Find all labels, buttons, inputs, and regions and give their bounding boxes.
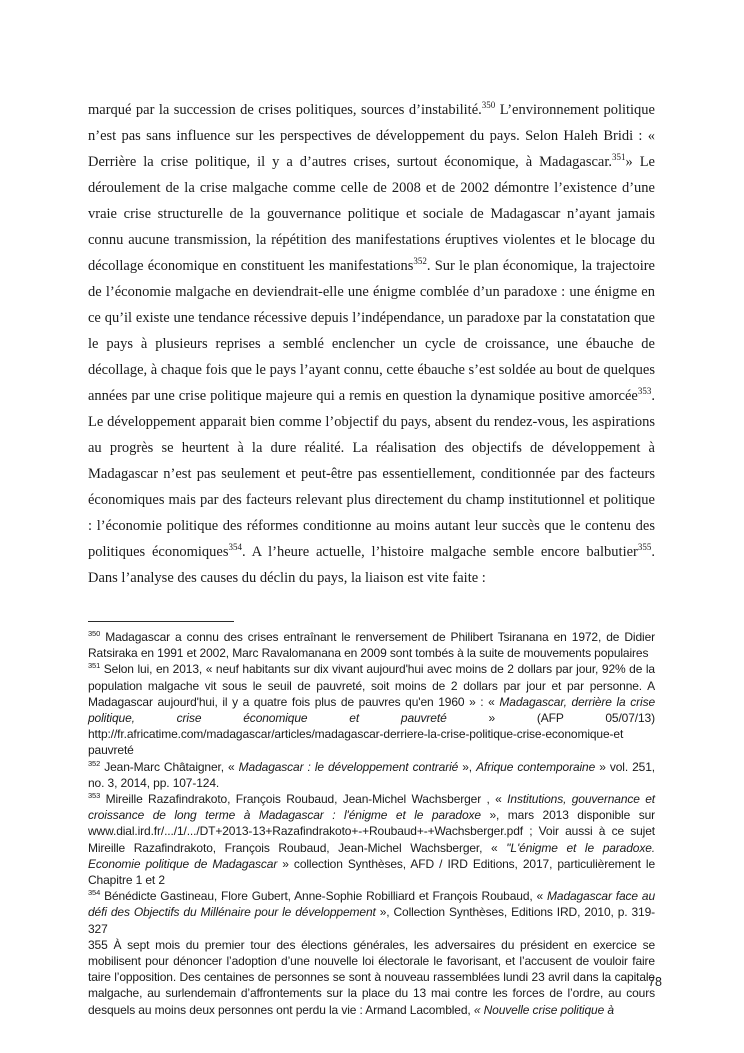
superscript-ref: 355 xyxy=(638,542,652,552)
footnote-separator xyxy=(88,621,234,622)
superscript-ref: 352 xyxy=(413,256,427,266)
superscript-ref: 350 xyxy=(88,629,100,638)
text-run: Jean-Marc Châtaigner, « xyxy=(100,760,239,774)
footnote-353: 353 Mireille Razafindrakoto, François Ro… xyxy=(88,791,655,888)
text-run-italic: « Nouvelle crise politique à xyxy=(474,1003,614,1017)
superscript-ref: 352 xyxy=(88,759,100,768)
superscript-ref: 354 xyxy=(229,542,243,552)
footnote-351: 351 Selon lui, en 2013, « neuf habitants… xyxy=(88,661,655,758)
document-page: marqué par la succession de crises polit… xyxy=(0,0,744,1053)
superscript-ref: 351 xyxy=(612,152,626,162)
body-paragraph: marqué par la succession de crises polit… xyxy=(88,97,655,591)
superscript-ref: 350 xyxy=(482,100,496,110)
text-run: . Sur le plan économique, la trajectoire… xyxy=(88,258,655,404)
superscript-ref: 353 xyxy=(88,791,100,800)
footnotes-section: 350 Madagascar a connu des crises entraî… xyxy=(88,629,655,1018)
superscript-ref: 353 xyxy=(638,386,652,396)
footnote-350: 350 Madagascar a connu des crises entraî… xyxy=(88,629,655,661)
text-run: Bénédicte Gastineau, Flore Gubert, Anne-… xyxy=(100,889,547,903)
text-run: marqué par la succession de crises polit… xyxy=(88,102,482,118)
text-run: » Le déroulement de la crise malgache co… xyxy=(88,154,655,274)
footnote-354: 354 Bénédicte Gastineau, Flore Gubert, A… xyxy=(88,888,655,937)
footnote-355: 355 À sept mois du premier tour des élec… xyxy=(88,937,655,1018)
text-run-italic: Afrique contemporaine xyxy=(476,760,595,774)
text-run-italic: Madagascar : le développement contrarié xyxy=(239,760,459,774)
superscript-ref: 351 xyxy=(88,661,100,670)
superscript-ref: 354 xyxy=(88,888,100,897)
footnote-352: 352 Jean-Marc Châtaigner, « Madagascar :… xyxy=(88,759,655,791)
text-run: », xyxy=(458,760,476,774)
page-number: 78 xyxy=(648,975,662,989)
text-run: Madagascar a connu des crises entraînant… xyxy=(88,630,655,660)
text-run: Mireille Razafindrakoto, François Roubau… xyxy=(100,792,507,806)
text-run: . Le développement apparait bien comme l… xyxy=(88,388,655,560)
text-run: . A l’heure actuelle, l’histoire malgach… xyxy=(242,544,638,560)
